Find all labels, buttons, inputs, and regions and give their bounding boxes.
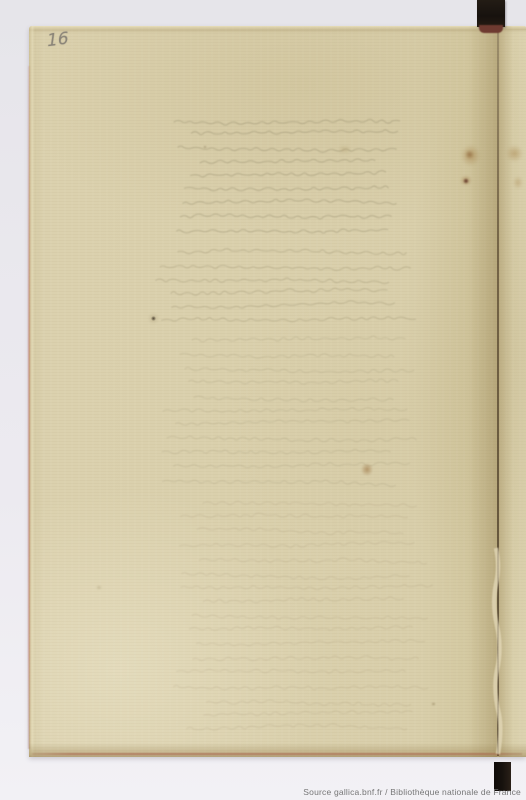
page-left-edge xyxy=(29,26,35,757)
cover-edge-line xyxy=(28,66,30,749)
page-stack-edge xyxy=(29,743,526,757)
page-bottom-edge-line xyxy=(32,753,522,755)
manuscript-page xyxy=(29,26,526,757)
bookmark-ribbon-tip xyxy=(479,25,503,33)
bookmark-ribbon-top xyxy=(477,0,505,27)
folio-number: 16 xyxy=(47,29,70,52)
gutter-shadow-left xyxy=(468,26,497,757)
paper-texture xyxy=(29,26,526,757)
page-top-edge xyxy=(29,26,526,33)
gutter-shadow-right xyxy=(499,26,513,757)
gallica-document-scan: 16 Source gallica.bnf.fr / Bibliothèque … xyxy=(0,0,526,800)
source-credit: Source gallica.bnf.fr / Bibliothèque nat… xyxy=(303,787,521,797)
